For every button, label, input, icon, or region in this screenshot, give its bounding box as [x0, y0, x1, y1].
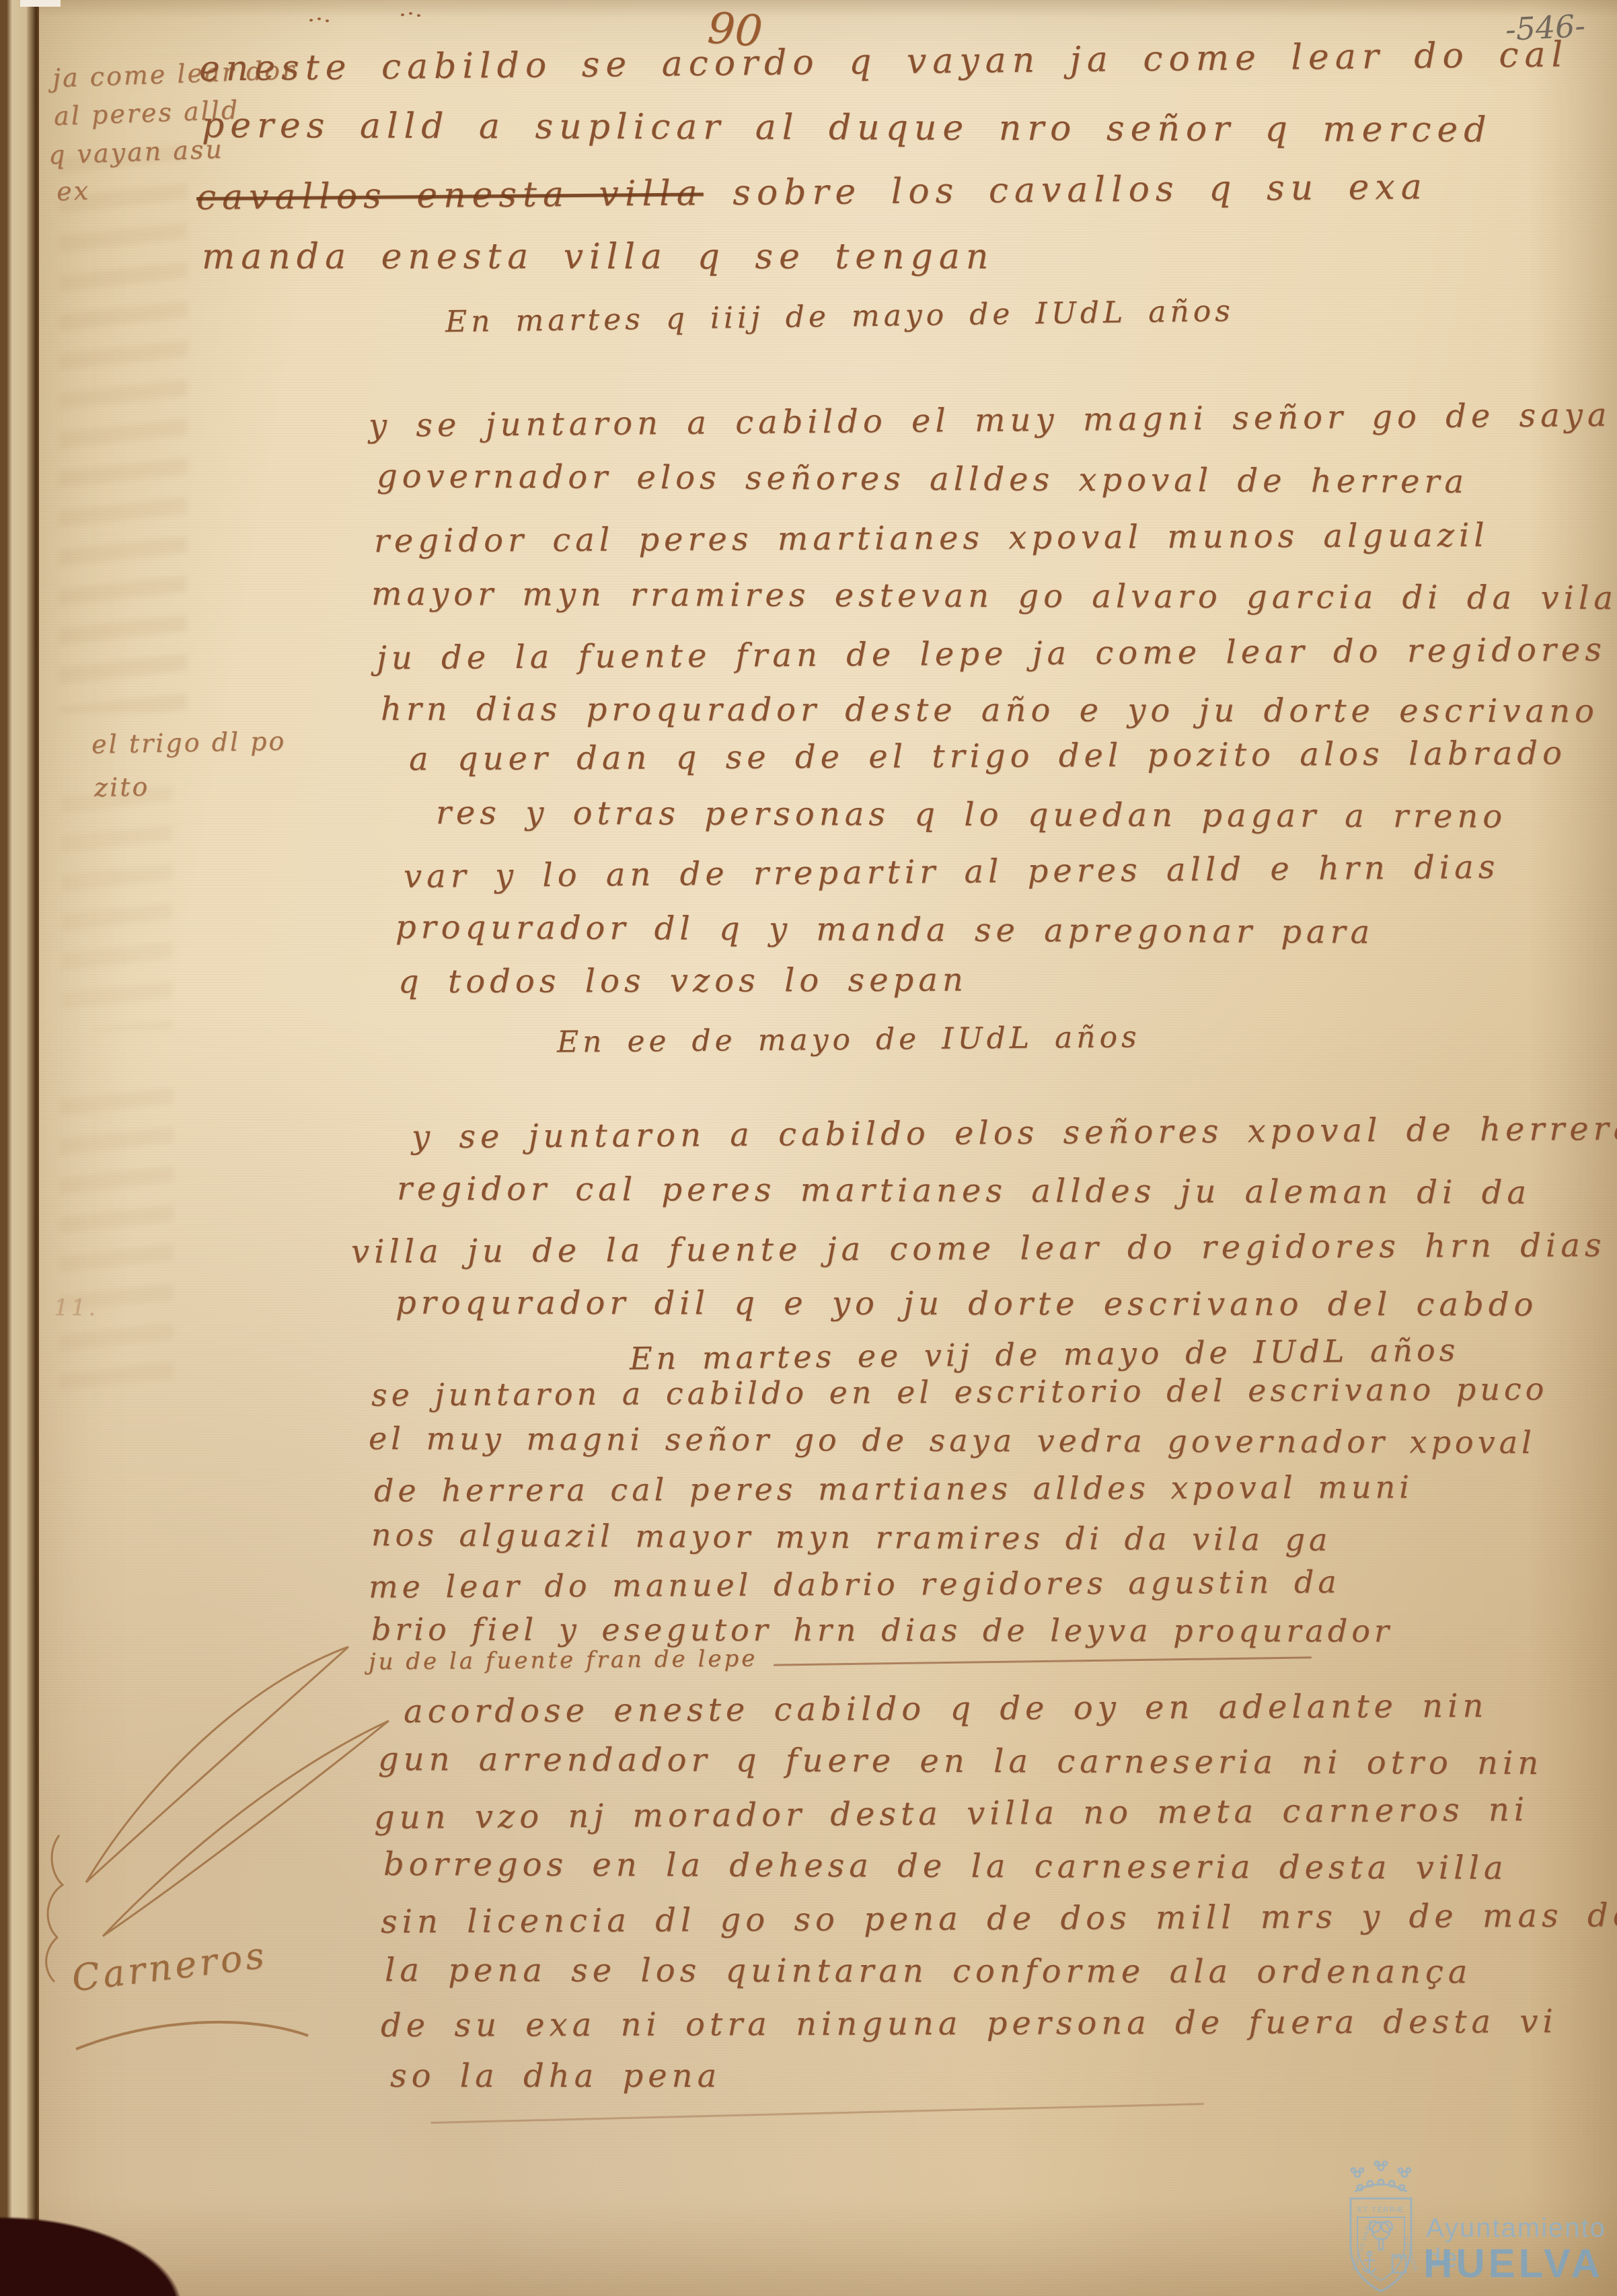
- margin-note-line: q vayan asu: [48, 134, 224, 170]
- manuscript-line: proqurador dl q y manda se apregonar par…: [396, 908, 1374, 951]
- manuscript-line: la pena se los quintaran conforme ala or…: [385, 1952, 1472, 1991]
- crown-jewel: [1357, 2185, 1363, 2190]
- scanner-corner-notch: [20, 0, 61, 7]
- anchor-charge: [1363, 2252, 1376, 2272]
- margin-note-line: el trigo dl po: [91, 726, 287, 759]
- interlined-insertion: ju de la fuente fran de lepe: [369, 1645, 758, 1675]
- manuscript-line: sobre los cavallos q su exa: [732, 167, 1428, 213]
- manuscript-line: a quer dan q se de el trigo del pozito a…: [409, 734, 1567, 778]
- manuscript-line: governador elos señores alldes xpoval de…: [377, 457, 1468, 501]
- manuscript-line: mayor myn rramires estevan go alvaro gar…: [371, 575, 1617, 617]
- ink-bleedthrough: [59, 1076, 174, 1393]
- manuscript-line: regidor cal peres martianes xpoval munos…: [374, 517, 1489, 560]
- manuscript-line: borregos en la dehesa de la carneseria d…: [383, 1845, 1508, 1887]
- scan-background-corner: [0, 2207, 202, 2296]
- manuscript-line: regidor cal peres martianes alldes ju al…: [397, 1170, 1531, 1212]
- crown-jewel: [1399, 2185, 1404, 2190]
- crown-jewel: [1389, 2181, 1394, 2186]
- manuscript-line: gun vzo nj morador desta villa no meta c…: [374, 1791, 1529, 1837]
- manuscript-line: proqurador dil q e yo ju dorte escrivano…: [396, 1284, 1538, 1324]
- ink-specks: [309, 19, 313, 22]
- manuscript-line: me lear do manuel dabrio regidores agust…: [369, 1563, 1341, 1605]
- manuscript-line: se juntaron a cabildo en el escritorio d…: [371, 1370, 1548, 1413]
- manuscript-line: sin licencia dl go so pena de dos mill m…: [381, 1896, 1617, 1941]
- manuscript-line: el muy magni señor go de saya vedra gove…: [369, 1420, 1536, 1460]
- tree-charge: [1369, 2221, 1392, 2250]
- margin-note-line: ex: [56, 176, 90, 207]
- manuscript-line: de herrera cal peres martianes alldes xp…: [374, 1469, 1413, 1508]
- manuscript-line: gun arrendador q fuere en la carneseria …: [378, 1740, 1543, 1782]
- manuscript-line: villa ju de la fuente ja come lear do re…: [351, 1226, 1606, 1271]
- manuscript-scan: 90 -546- ja come lear dor al peres alld …: [0, 0, 1617, 2296]
- manuscript-line: de su exa ni otra ninguna persona de fue…: [381, 2003, 1558, 2044]
- manuscript-line: acordose eneste cabildo q de oy en adela…: [404, 1687, 1489, 1730]
- manuscript-line: hrn dias proqurador deste año e yo ju do…: [381, 690, 1617, 731]
- margin-mark: 11.: [54, 1294, 98, 1321]
- margin-flourish-drawing: [39, 1613, 402, 2084]
- watermark-city-name: HUELVA: [1423, 2240, 1604, 2287]
- huelva-crest-watermark: ET TERRÆ PORTUS MARIS CUSTODIA: [1340, 2158, 1422, 2296]
- manuscript-line: res y otras personas q lo quedan pagar a…: [436, 794, 1507, 836]
- session-date-heading: En ee de mayo de IUdL años: [557, 1020, 1141, 1060]
- manuscript-line: q todos los vzos lo sepan: [398, 961, 968, 1001]
- manuscript-line: brio fiel y esegutor hrn dias de leyva p…: [371, 1611, 1393, 1650]
- manuscript-line: peres alld a suplicar al duque nro señor…: [202, 106, 1493, 151]
- crown-jewel: [1378, 2180, 1384, 2185]
- crown-trefoils: [1351, 2161, 1411, 2177]
- ink-bleedthrough: [62, 774, 173, 1029]
- struck-through-text: cavallos enesta villa: [196, 173, 704, 218]
- manuscript-line: so la dha pena: [390, 2057, 721, 2095]
- crown-jewel: [1367, 2181, 1373, 2186]
- ink-specks: [401, 13, 404, 16]
- ink-bleedthrough: [59, 135, 187, 713]
- manuscript-line: nos alguazil mayor myn rramires di da vi…: [371, 1516, 1332, 1557]
- manuscript-line: manda enesta villa q se tengan: [202, 237, 994, 277]
- flourish-squiggle: [46, 1835, 63, 1982]
- carneros-underline-swash: [76, 2022, 308, 2049]
- margin-note-line: zito: [94, 772, 150, 802]
- crest-motto-top: ET TERRÆ: [1357, 2206, 1404, 2214]
